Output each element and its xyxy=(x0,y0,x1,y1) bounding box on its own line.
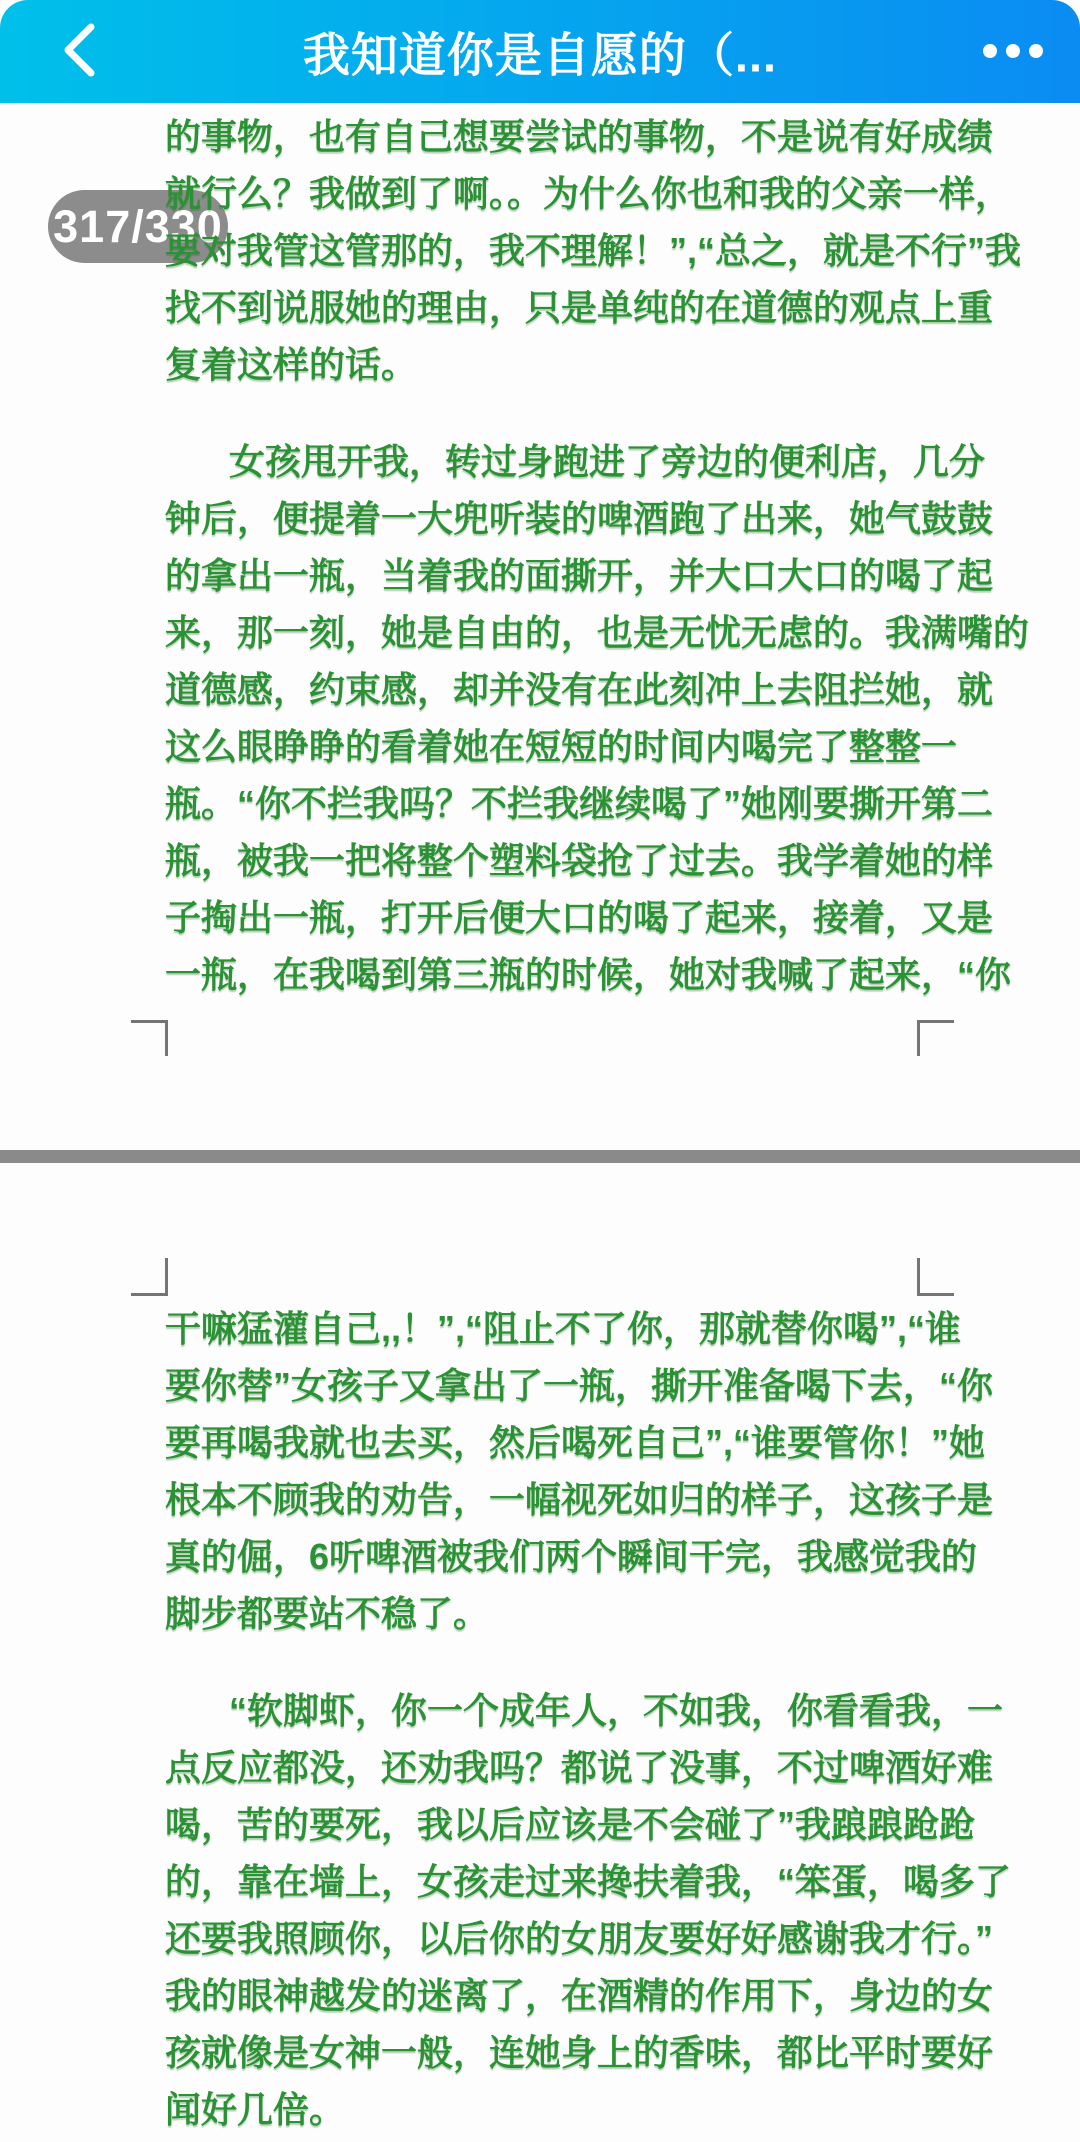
text-line: 找不到说服她的理由，只是单纯的在道德的观点上重 xyxy=(165,279,930,336)
reader-page-2: 干嘛猛灌自己,,！”,“阻止不了你，那就替你喝”,“谁要你替”女孩子又拿出了一瓶… xyxy=(165,1300,930,2138)
text-line: 真的倔，6听啤酒被我们两个瞬间干完，我感觉我的 xyxy=(165,1528,930,1585)
text-line: 女孩甩开我，转过身跑进了旁边的便利店，几分 xyxy=(165,433,930,490)
text-line: 就行么？我做到了啊。。为什么你也和我的父亲一样， xyxy=(165,165,930,222)
paragraph: 女孩甩开我，转过身跑进了旁边的便利店，几分钟后，便提着一大兜听装的啤酒跑了出来，… xyxy=(165,433,930,1003)
text-line: 的拿出一瓶，当着我的面撕开，并大口大口的喝了起 xyxy=(165,547,930,604)
text-line: 来，那一刻，她是自由的，也是无忧无虑的。我满嘴的 xyxy=(165,604,930,661)
paragraph: 的事物，也有自己想要尝试的事物，不是说有好成绩就行么？我做到了啊。。为什么你也和… xyxy=(165,108,930,393)
text-line: 孩就像是女神一般，连她身上的香味，都比平时要好 xyxy=(165,2024,930,2081)
text-line: 瓶。“你不拦我吗？不拦我继续喝了”她刚要撕开第二 xyxy=(165,775,930,832)
ellipsis-icon xyxy=(983,44,997,58)
text-line: 子掏出一瓶，打开后便大口的喝了起来，接着，又是 xyxy=(165,889,930,946)
text-line: 的，靠在墙上，女孩走过来搀扶着我，“笨蛋，喝多了 xyxy=(165,1853,930,1910)
text-line: 我的眼神越发的迷离了，在酒精的作用下，身边的女 xyxy=(165,1967,930,2024)
paragraph: 干嘛猛灌自己,,！”,“阻止不了你，那就替你喝”,“谁要你替”女孩子又拿出了一瓶… xyxy=(165,1300,930,1642)
text-line: 要再喝我就也去买，然后喝死自己”,“谁要管你！”她 xyxy=(165,1414,930,1471)
reader-page-1: 的事物，也有自己想要尝试的事物，不是说有好成绩就行么？我做到了啊。。为什么你也和… xyxy=(165,108,930,1003)
text-line: 根本不顾我的劝告，一幅视死如归的样子，这孩子是 xyxy=(165,1471,930,1528)
text-line: 瓶，被我一把将整个塑料袋抢了过去。我学着她的样 xyxy=(165,832,930,889)
ellipsis-icon xyxy=(1006,44,1020,58)
ellipsis-icon xyxy=(1029,44,1043,58)
frame-corner-mark xyxy=(917,1258,954,1296)
text-line: 还要我照顾你，以后你的女朋友要好好感谢我才行。” xyxy=(165,1910,930,1967)
text-line: 的事物，也有自己想要尝试的事物，不是说有好成绩 xyxy=(165,108,930,165)
text-line: 钟后，便提着一大兜听装的啤酒跑了出来，她气鼓鼓 xyxy=(165,490,930,547)
frame-corner-mark xyxy=(917,1020,954,1056)
text-line: 要对我管这管那的，我不理解！”,“总之，就是不行”我 xyxy=(165,222,930,279)
frame-corner-mark xyxy=(131,1258,168,1296)
paragraph: “软脚虾，你一个成年人，不如我，你看看我，一点反应都没，还劝我吗？都说了没事，不… xyxy=(165,1682,930,2138)
text-line: “软脚虾，你一个成年人，不如我，你看看我，一 xyxy=(165,1682,930,1739)
frame-corner-mark xyxy=(131,1020,168,1056)
page-divider xyxy=(0,1150,1080,1163)
more-menu-button[interactable] xyxy=(968,14,1058,88)
text-line: 道德感，约束感，却并没有在此刻冲上去阻拦她，就 xyxy=(165,661,930,718)
text-line: 一瓶，在我喝到第三瓶的时候，她对我喊了起来，“你 xyxy=(165,946,930,1003)
text-line: 脚步都要站不稳了。 xyxy=(165,1585,930,1642)
text-line: 这么眼睁睁的看着她在短短的时间内喝完了整整一 xyxy=(165,718,930,775)
text-line: 复着这样的话。 xyxy=(165,336,930,393)
chevron-left-icon xyxy=(59,21,99,82)
text-line: 要你替”女孩子又拿出了一瓶，撕开准备喝下去，“你 xyxy=(165,1357,930,1414)
ebook-reader-screen: 我知道你是自愿的（... 317/330 的事物，也有自己想要尝试的事物，不是说… xyxy=(0,0,1080,2142)
text-line: 喝，苦的要死，我以后应该是不会碰了”我踉踉跄跄 xyxy=(165,1796,930,1853)
text-line: 闻好几倍。 xyxy=(165,2081,930,2138)
app-header: 我知道你是自愿的（... xyxy=(0,0,1080,103)
text-line: 干嘛猛灌自己,,！”,“阻止不了你，那就替你喝”,“谁 xyxy=(165,1300,930,1357)
back-button[interactable] xyxy=(44,14,114,88)
page-title: 我知道你是自愿的（... xyxy=(303,18,777,85)
text-line: 点反应都没，还劝我吗？都说了没事，不过啤酒好难 xyxy=(165,1739,930,1796)
